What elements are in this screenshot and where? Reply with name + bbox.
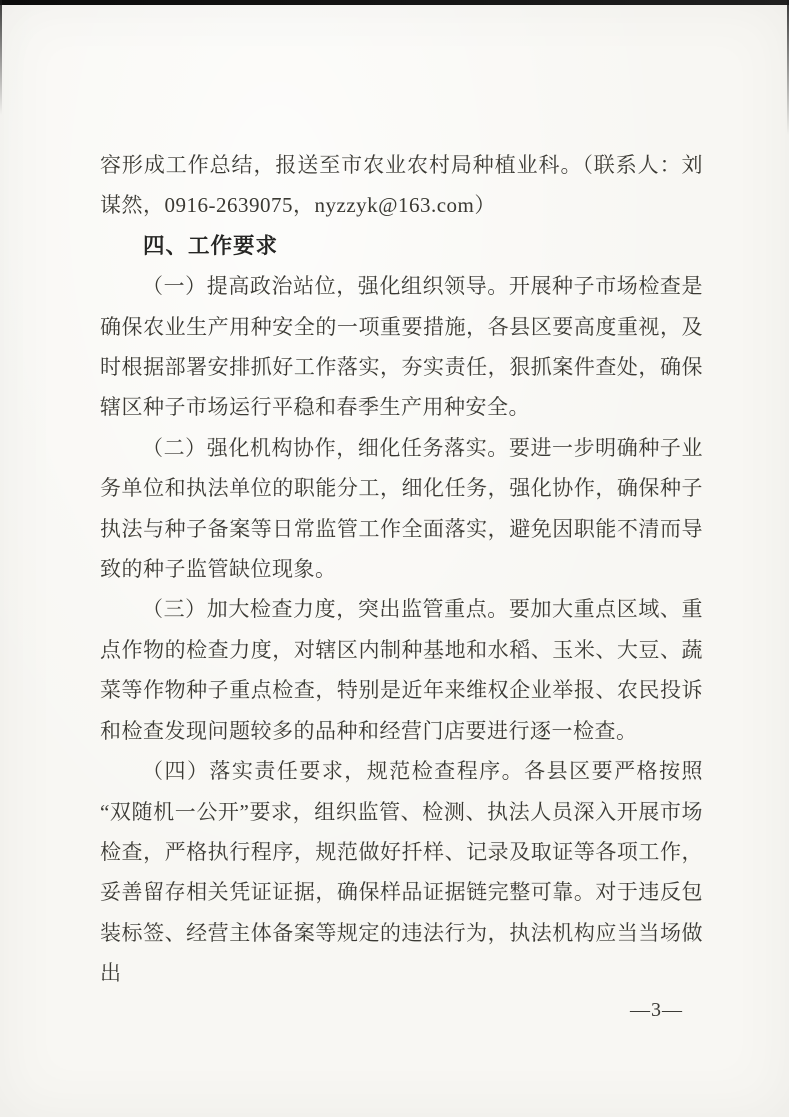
- continuation-paragraph: 容形成工作总结，报送至市农业农村局种植业科。（联系人：刘谋然，0916-2639…: [100, 145, 703, 226]
- document-body: 容形成工作总结，报送至市农业农村局种植业科。（联系人：刘谋然，0916-2639…: [100, 145, 703, 994]
- paragraph-work-req-2: （二）强化机构协作，细化任务落实。要进一步明确种子业务单位和执法单位的职能分工，…: [100, 428, 703, 590]
- paragraph-lead: （三）加大检查力度，突出监管重点。: [142, 597, 509, 621]
- page-number: —3—: [630, 999, 683, 1022]
- scanned-page: 容形成工作总结，报送至市农业农村局种植业科。（联系人：刘谋然，0916-2639…: [0, 0, 789, 1117]
- paragraph-work-req-1: （一）提高政治站位，强化组织领导。开展种子市场检查是确保农业生产用种安全的一项重…: [100, 266, 703, 428]
- paragraph-lead: （一）提高政治站位，强化组织领导。: [142, 274, 509, 298]
- paragraph-lead: （四）落实责任要求，规范检查程序。: [142, 759, 524, 783]
- paragraph-lead: （二）强化机构协作，细化任务落实。: [142, 436, 509, 460]
- paragraph-text: 各县区要严格按照“双随机一公开”要求，组织监管、检测、执法人员深入开展市场检查，…: [100, 759, 703, 985]
- section-heading: 四、工作要求: [100, 226, 703, 266]
- paragraph-work-req-4: （四）落实责任要求，规范检查程序。各县区要严格按照“双随机一公开”要求，组织监管…: [100, 751, 703, 993]
- scan-edge-top: [0, 0, 789, 5]
- paragraph-work-req-3: （三）加大检查力度，突出监管重点。要加大重点区域、重点作物的检查力度，对辖区内制…: [100, 589, 703, 751]
- scan-edge-left: [0, 0, 2, 115]
